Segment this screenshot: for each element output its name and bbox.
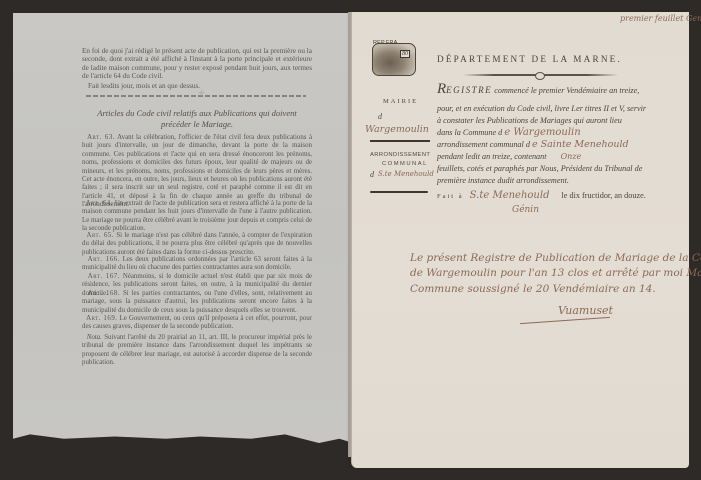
articles-heading: Articles du Code civil relatifs aux Publ… <box>82 108 312 130</box>
arrondissement-name-handwritten: e Sainte Menehould <box>532 139 629 150</box>
stamp-label: REP.FRA. <box>373 40 399 46</box>
fait-place-handwritten: S.te Menehould <box>470 190 550 201</box>
article-63: Art. 63. Avant la célébration, l'officie… <box>82 134 312 210</box>
revenue-stamp <box>372 43 416 76</box>
register-line-7: feuillets, cotés et paraphés par Nous, P… <box>437 163 682 175</box>
title-ornament <box>463 74 618 76</box>
leaf-count-handwritten: Onze <box>561 152 582 161</box>
register-line-5: arrondissement communal d e Sainte Meneh… <box>437 139 682 151</box>
stamp-value: 80 <box>400 50 410 58</box>
commune-handwritten: e Wargemoulin <box>504 127 580 138</box>
article-168: Art. 168. Si les parties contractantes, … <box>82 290 312 315</box>
bleed-through-text: ✦ <box>92 88 312 99</box>
closing-note-line-3: Commune soussigné le 20 Vendémiaire an 1… <box>410 283 685 295</box>
article-64: Art. 64. Un extrait de l'acte de publica… <box>82 200 312 234</box>
arrondissement-prefix: d <box>370 170 374 179</box>
mairie-label: MAIRIE <box>383 98 418 105</box>
register-line-6: pendant ledit an treize, contenant Onze <box>437 151 682 163</box>
closing-note-line-2: de Wargemoulin pour l'an 13 clos et arrê… <box>410 267 685 279</box>
fait-line: Fait à S.te Menehould le dix fructidor, … <box>437 190 646 201</box>
register-line-1: REGISTRE commencé le premier Vendémiaire… <box>437 84 682 97</box>
corner-handwritten-note: premier feuillet Gen. <box>620 14 701 23</box>
register-line-3: à constater les Publications de Mariages… <box>437 115 682 127</box>
article-166: Art. 166. Les deux publications ordonnée… <box>82 256 312 273</box>
communal-label: COMMUNAL <box>382 161 428 167</box>
nota-note: Nota. Suivant l'arrêté du 20 prairial an… <box>82 334 312 368</box>
department-title: DÉPARTEMENT DE LA MARNE. <box>437 54 622 64</box>
right-page <box>351 12 689 468</box>
register-line-2: pour, et en exécution du Code civil, liv… <box>437 103 682 115</box>
article-65: Art. 65. Si le mariage n'est pas célébré… <box>82 232 312 257</box>
president-signature: Génin <box>512 205 539 215</box>
mayor-signature: Vuamuset <box>558 304 613 317</box>
divider <box>370 191 428 193</box>
arrondissement-handwritten: S.te Menehould <box>378 170 434 178</box>
register-line-4: dans la Commune d e Wargemoulin <box>437 127 682 139</box>
arrondissement-label: ARRONDISSEMENT <box>370 152 430 158</box>
mairie-prefix: d <box>378 112 382 121</box>
divider <box>370 140 430 142</box>
register-line-8: première instance dudit arrondissement. <box>437 175 682 187</box>
mairie-commune-handwritten: Wargemoulin <box>365 124 429 135</box>
publication-statement: En foi de quoi j'ai rédigé le présent ac… <box>82 47 312 81</box>
closing-note-line-1: Le présent Registre de Publication de Ma… <box>410 252 685 264</box>
article-169: Art. 169. Le Gouvernement, ou ceux qu'il… <box>82 315 312 332</box>
